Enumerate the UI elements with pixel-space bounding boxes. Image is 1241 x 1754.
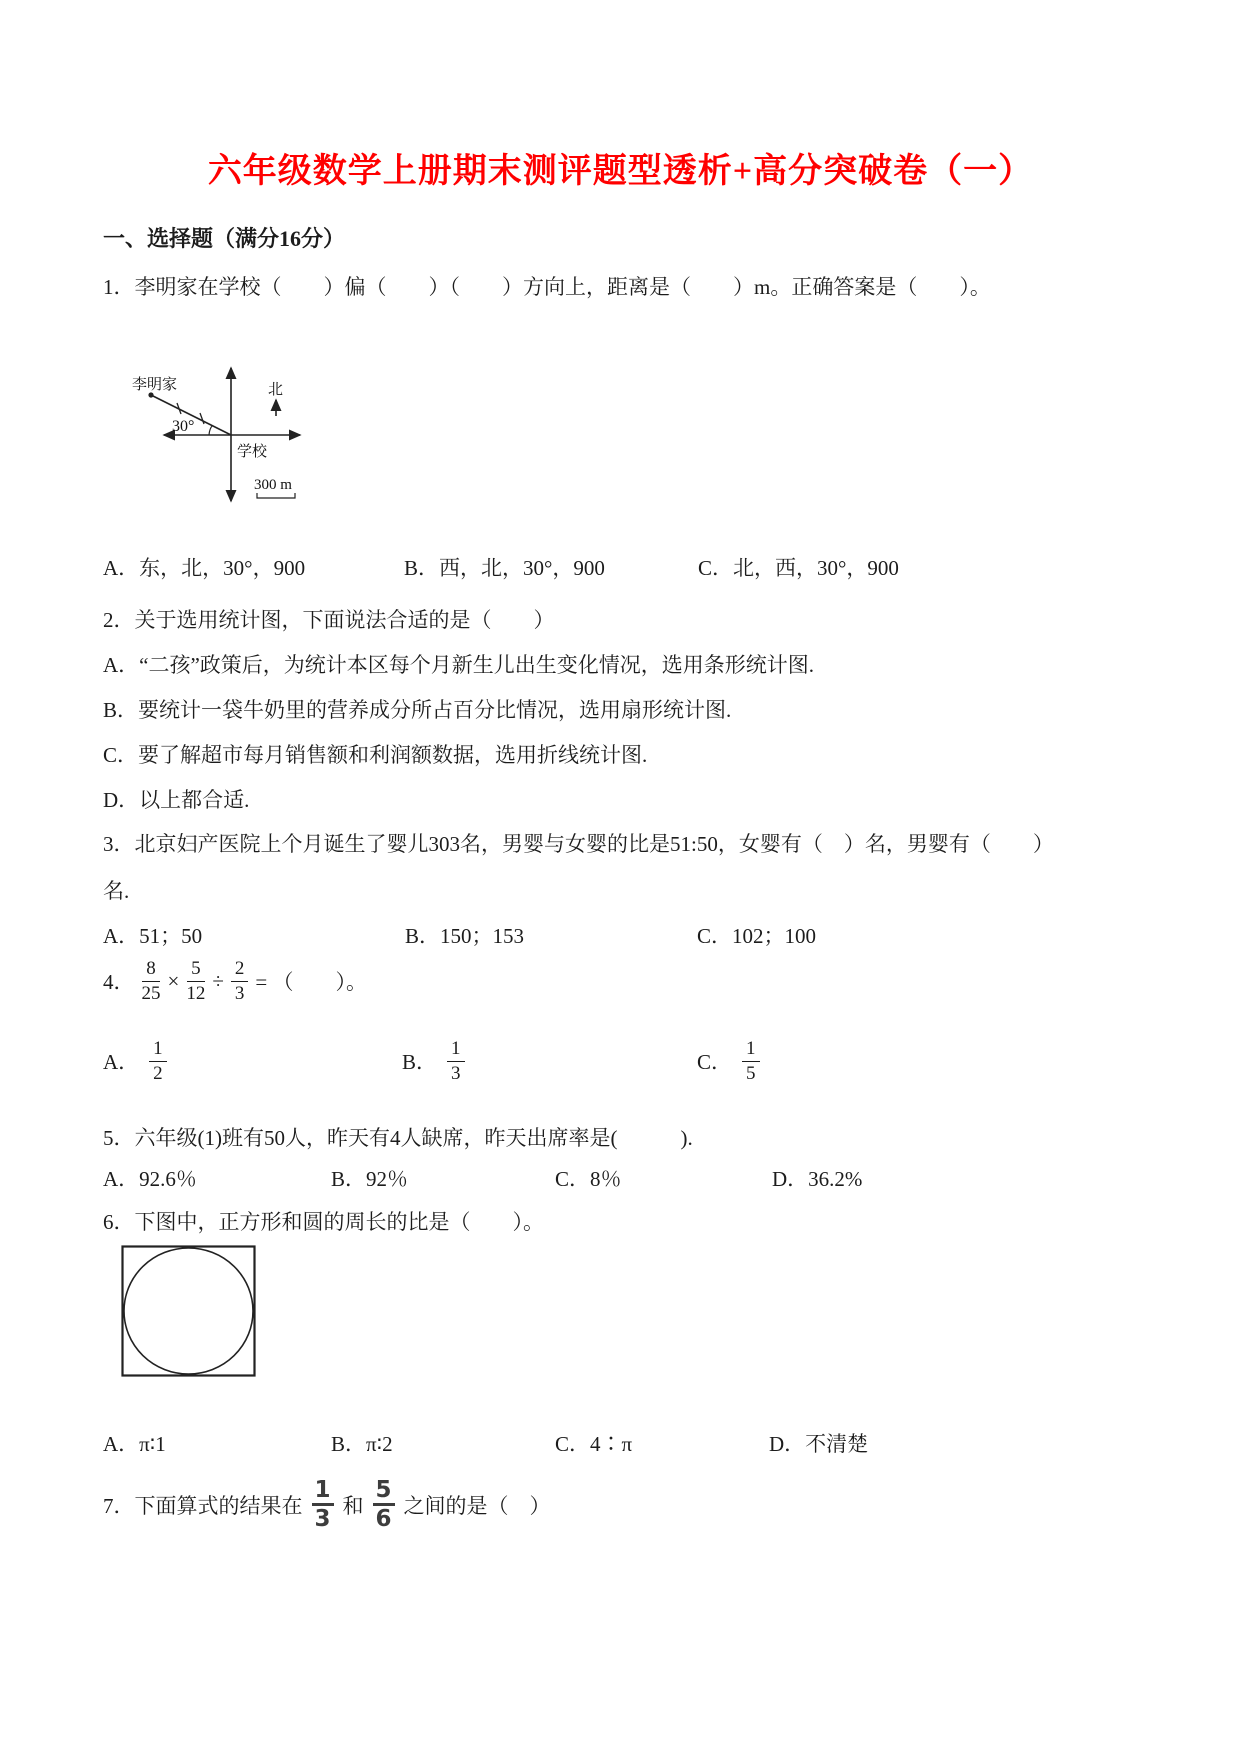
question-3-text: 3．北京妇产医院上个月诞生了婴儿303名，男婴与女婴的比是51:50，女婴有（ … [103, 828, 1054, 858]
q4-operator-multiply: × [168, 969, 180, 994]
q4-fraction-2: 5 12 [186, 958, 205, 1005]
q4-fraction-1: 8 25 [142, 958, 161, 1005]
question-3-options: A．51；50 B．150；153 C．102；100 [0, 920, 1241, 950]
question-1-text: 1．李明家在学校（ ）偏（ ）（ ）方向上，距离是（ ）m。正确答案是（ ）。 [103, 271, 991, 301]
q1-option-c: C．北，西，30°，900 [698, 552, 899, 582]
q3-option-a: A．51；50 [103, 920, 202, 950]
square-inscribed-circle-figure [121, 1245, 257, 1378]
q4-option-b-fraction: 1 3 [447, 1038, 465, 1085]
question-4-expression: 4． 8 25 × 5 12 ÷ 2 3 = （ ）。 [103, 958, 367, 1005]
q1-option-a: A．东，北，30°，900 [103, 552, 305, 582]
q7-prefix: 7．下面算式的结果在 [103, 1490, 303, 1520]
q5-option-b: B．92％ [331, 1163, 408, 1193]
q4-label: 4． [103, 966, 135, 996]
question-7-text: 7．下面算式的结果在 1 3 和 5 6 之间的是（ ） [103, 1478, 551, 1531]
q2-option-c: C．要了解超市每月销售额和利润额数据，选用折线统计图. [103, 739, 647, 769]
question-3-text-cont: 名. [103, 875, 129, 905]
q7-fraction-1: 1 3 [312, 1478, 334, 1531]
q5-option-a: A．92.6％ [103, 1163, 197, 1193]
q6-option-a: A．π∶1 [103, 1428, 166, 1458]
question-5-options: A．92.6％ B．92％ C．8％ D．36.2% [0, 1163, 1241, 1193]
q2-option-a: A．“二孩”政策后，为统计本区每个月新生儿出生变化情况，选用条形统计图. [103, 649, 814, 679]
q4-option-c: C． 1 5 [697, 1038, 762, 1085]
north-label: 北 [268, 381, 283, 398]
school-label: 学校 [237, 442, 268, 460]
home-label: 李明家 [132, 375, 177, 393]
q6-option-d: D．不清楚 [769, 1428, 868, 1458]
square-shape [123, 1247, 255, 1376]
q7-suffix: 之间的是（ ） [404, 1490, 551, 1520]
q4-fraction-3: 2 3 [231, 958, 249, 1005]
angle-label: 30° [172, 418, 194, 435]
q5-option-d: D．36.2% [772, 1163, 862, 1193]
q2-option-d: D．以上都合适. [103, 784, 249, 814]
q5-option-c: C．8％ [555, 1163, 622, 1193]
q7-fraction-2: 5 6 [373, 1478, 395, 1531]
question-1-options: A．东，北，30°，900 B．西，北，30°，900 C．北，西，30°，90… [0, 552, 1241, 582]
q7-mid: 和 [343, 1490, 364, 1520]
question-2-text: 2．关于选用统计图，下面说法合适的是（ ） [103, 604, 555, 634]
q4-option-b: B． 1 3 [402, 1038, 467, 1085]
q4-equals-blank: = （ ）。 [255, 966, 367, 996]
q4-option-a: A． 1 2 [103, 1038, 169, 1085]
question-6-options: A．π∶1 B．π∶2 C．4∶π D．不清楚 [0, 1428, 1241, 1458]
q4-option-c-fraction: 1 5 [742, 1038, 760, 1085]
q3-option-b: B．150；153 [405, 920, 524, 950]
angle-arc [209, 426, 213, 436]
page-title: 六年级数学上册期末测评题型透析+高分突破卷（一） [0, 143, 1241, 192]
scale-label: 300 m [254, 477, 292, 493]
q6-option-c: C．4∶π [555, 1428, 632, 1458]
direction-map-diagram: 30° 北 李明家 学校 300 m [116, 328, 326, 514]
section-heading: 一、选择题（满分16分） [103, 222, 345, 253]
question-4-options: A． 1 2 B． 1 3 C． 1 5 [0, 1038, 1241, 1098]
q2-option-b: B．要统计一袋牛奶里的营养成分所占百分比情况，选用扇形统计图. [103, 694, 731, 724]
circle-shape [124, 1248, 253, 1374]
exam-page: 六年级数学上册期末测评题型透析+高分突破卷（一） 一、选择题（满分16分） 1．… [0, 0, 1241, 1754]
q4-option-a-fraction: 1 2 [149, 1038, 167, 1085]
q3-option-c: C．102；100 [697, 920, 816, 950]
q6-option-b: B．π∶2 [331, 1428, 393, 1458]
q4-operator-divide: ÷ [212, 969, 224, 994]
scale-bracket [257, 493, 295, 498]
home-dot [148, 392, 153, 397]
question-5-text: 5．六年级(1)班有50人，昨天有4人缺席，昨天出席率是( ). [103, 1122, 693, 1152]
question-6-text: 6．下图中，正方形和圆的周长的比是（ ）。 [103, 1206, 544, 1236]
tick-2 [200, 413, 204, 424]
q1-option-b: B．西，北，30°，900 [404, 552, 605, 582]
